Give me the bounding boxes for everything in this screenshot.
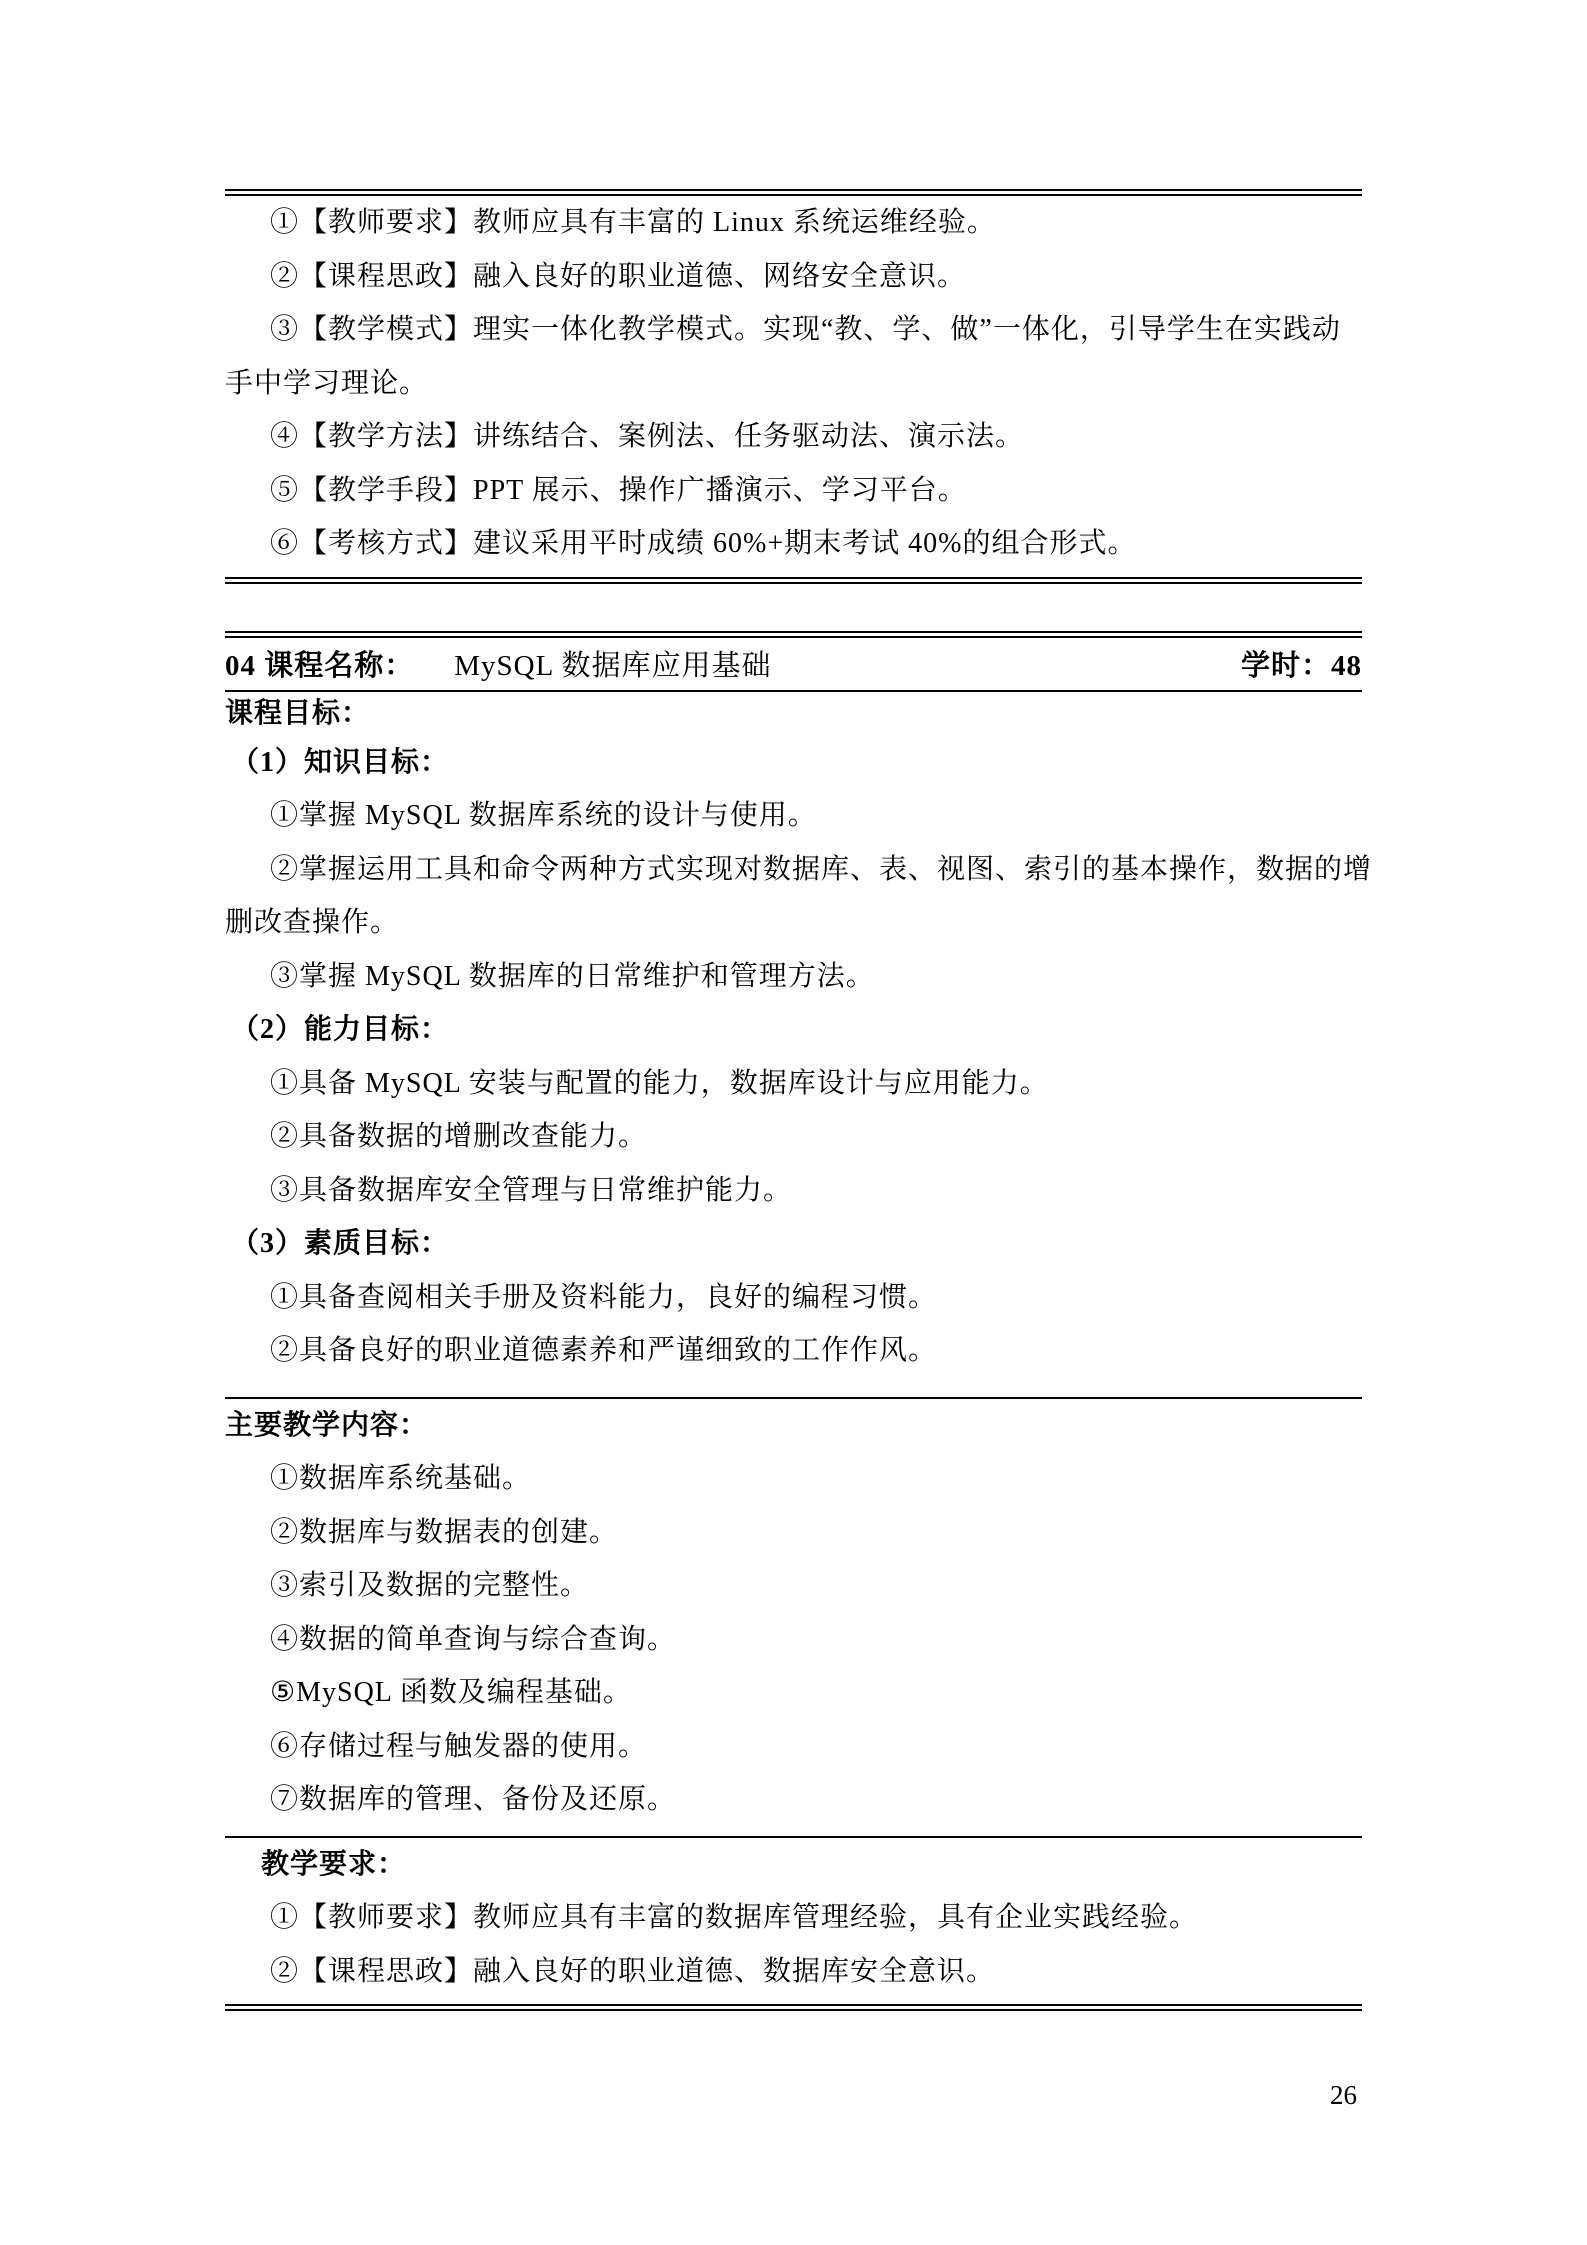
content-item: ②数据库与数据表的创建。 (225, 1506, 1362, 1560)
requirement-item: ②【课程思政】融入良好的职业道德、数据库安全意识。 (225, 1945, 1362, 1999)
course-header-row: 04 课程名称：MySQL 数据库应用基础 学时：48 (225, 638, 1362, 690)
requirement-teacher: ①【教师要求】教师应具有丰富的 Linux 系统运维经验。 (225, 196, 1362, 250)
requirement-assessment: ⑥【考核方式】建议采用平时成绩 60%+期末考试 40%的组合形式。 (225, 517, 1362, 571)
requirement-teaching-means: ⑤【教学手段】PPT 展示、操作广播演示、学习平台。 (225, 464, 1362, 518)
ability-objectives-title: （2）能力目标： (225, 1003, 1362, 1057)
knowledge-item: ③掌握 MySQL 数据库的日常维护和管理方法。 (225, 950, 1362, 1004)
teaching-content-section: 主要教学内容： ①数据库系统基础。 ②数据库与数据表的创建。 ③索引及数据的完整… (225, 1399, 1362, 1827)
course-header-divider-top (225, 631, 1362, 638)
section-divider-double-bottom (225, 2004, 1362, 2011)
objectives-title: 课程目标： (225, 692, 1362, 736)
knowledge-item-wrap: 删改查操作。 (225, 896, 1362, 950)
course-number-label: 04 课程名称： (225, 650, 414, 682)
requirement-item: ①【教师要求】教师应具有丰富的数据库管理经验，具有企业实践经验。 (225, 1891, 1362, 1945)
content-item: ③索引及数据的完整性。 (225, 1559, 1362, 1613)
section-divider-double-top (225, 189, 1362, 196)
requirement-teaching-mode: ③【教学模式】理实一体化教学模式。实现“教、学、做”一体化，引导学生在实践动 (225, 303, 1362, 357)
requirement-teaching-mode-wrap: 手中学习理论。 (225, 357, 1362, 411)
requirement-ideology: ②【课程思政】融入良好的职业道德、网络安全意识。 (225, 250, 1362, 304)
quality-objectives-title: （3）素质目标： (225, 1217, 1362, 1271)
course-objectives-section: 课程目标： （1）知识目标： ①掌握 MySQL 数据库系统的设计与使用。 ②掌… (225, 692, 1362, 1378)
teaching-requirements-title: 教学要求： (225, 1838, 1362, 1892)
ability-item: ②具备数据的增删改查能力。 (225, 1110, 1362, 1164)
content-item: ①数据库系统基础。 (225, 1452, 1362, 1506)
page-content: ①【教师要求】教师应具有丰富的 Linux 系统运维经验。 ②【课程思政】融入良… (225, 0, 1362, 2011)
teaching-content-title: 主要教学内容： (225, 1399, 1362, 1453)
content-item: ⑥存储过程与触发器的使用。 (225, 1720, 1362, 1774)
knowledge-item: ②掌握运用工具和命令两种方式实现对数据库、表、视图、索引的基本操作，数据的增 (225, 843, 1362, 897)
knowledge-objectives-title: （1）知识目标： (225, 736, 1362, 790)
page-number: 26 (1330, 2080, 1357, 2111)
course-hours: 学时：48 (1241, 643, 1362, 684)
ability-item: ①具备 MySQL 安装与配置的能力，数据库设计与应用能力。 (225, 1057, 1362, 1111)
prev-course-requirements-section: ①【教师要求】教师应具有丰富的 Linux 系统运维经验。 ②【课程思政】融入良… (225, 196, 1362, 571)
content-item: ⑦数据库的管理、备份及还原。 (225, 1773, 1362, 1827)
section-divider-double-end (225, 577, 1362, 584)
teaching-requirements-section: 教学要求： ①【教师要求】教师应具有丰富的数据库管理经验，具有企业实践经验。 ②… (225, 1838, 1362, 1999)
knowledge-item: ①掌握 MySQL 数据库系统的设计与使用。 (225, 789, 1362, 843)
ability-item: ③具备数据库安全管理与日常维护能力。 (225, 1164, 1362, 1218)
requirement-teaching-method: ④【教学方法】讲练结合、案例法、任务驱动法、演示法。 (225, 410, 1362, 464)
quality-item: ①具备查阅相关手册及资料能力，良好的编程习惯。 (225, 1271, 1362, 1325)
course-header-left: 04 课程名称：MySQL 数据库应用基础 (225, 643, 772, 684)
quality-item: ②具备良好的职业道德素养和严谨细致的工作作风。 (225, 1324, 1362, 1378)
document-page: { "page_number": "26", "prev_course_requ… (0, 0, 1587, 2245)
content-item: ④数据的简单查询与综合查询。 (225, 1613, 1362, 1667)
course-name: MySQL 数据库应用基础 (454, 650, 771, 682)
content-item: ⑤MySQL 函数及编程基础。 (225, 1666, 1362, 1720)
